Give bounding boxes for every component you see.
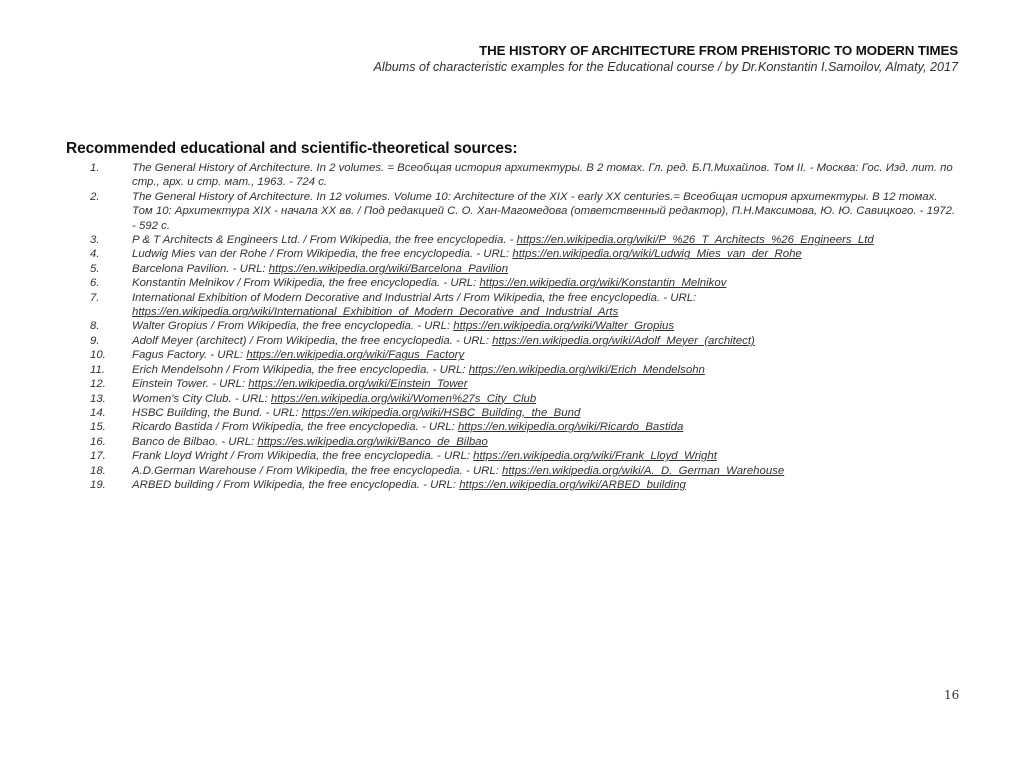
reference-number: 13.	[90, 392, 132, 406]
reference-body: Banco de Bilbao. - URL: https://es.wikip…	[132, 435, 960, 449]
reference-item: 8.Walter Gropius / From Wikipedia, the f…	[90, 319, 960, 333]
reference-item: 11.Erich Mendelsohn / From Wikipedia, th…	[90, 363, 960, 377]
reference-item: 14.HSBC Building, the Bund. - URL: https…	[90, 406, 960, 420]
reference-item: 4.Ludwig Mies van der Rohe / From Wikipe…	[90, 247, 960, 261]
reference-body: International Exhibition of Modern Decor…	[132, 291, 960, 320]
reference-link[interactable]: https://en.wikipedia.org/wiki/Erich_Mend…	[469, 364, 705, 376]
reference-item: 12.Einstein Tower. - URL: https://en.wik…	[90, 377, 960, 391]
reference-text: P & T Architects & Engineers Ltd. / From…	[132, 234, 517, 246]
reference-item: 15.Ricardo Bastida / From Wikipedia, the…	[90, 420, 960, 434]
reference-text: Erich Mendelsohn / From Wikipedia, the f…	[132, 364, 469, 376]
reference-number: 16.	[90, 435, 132, 449]
reference-text: The General History of Architecture. In …	[132, 162, 953, 188]
reference-link[interactable]: https://en.wikipedia.org/wiki/Internatio…	[132, 306, 618, 318]
document-subtitle: Albums of characteristic examples for th…	[374, 59, 958, 75]
reference-body: Konstantin Melnikov / From Wikipedia, th…	[132, 276, 960, 290]
reference-link[interactable]: https://en.wikipedia.org/wiki/Fagus_Fact…	[246, 349, 464, 361]
reference-item: 13.Women's City Club. - URL: https://en.…	[90, 392, 960, 406]
reference-link[interactable]: https://es.wikipedia.org/wiki/Banco_de_B…	[257, 436, 487, 448]
reference-body: A.D.German Warehouse / From Wikipedia, t…	[132, 464, 960, 478]
reference-link[interactable]: https://en.wikipedia.org/wiki/ARBED_buil…	[459, 479, 686, 491]
reference-link[interactable]: https://en.wikipedia.org/wiki/P_%26_T_Ar…	[517, 234, 874, 246]
reference-number: 6.	[90, 276, 132, 290]
reference-link[interactable]: https://en.wikipedia.org/wiki/Einstein_T…	[248, 378, 467, 390]
reference-link[interactable]: https://en.wikipedia.org/wiki/HSBC_Build…	[302, 407, 581, 419]
reference-text: Banco de Bilbao. - URL:	[132, 436, 257, 448]
reference-text: Einstein Tower. - URL:	[132, 378, 248, 390]
reference-item: 19.ARBED building / From Wikipedia, the …	[90, 478, 960, 492]
reference-number: 11.	[90, 363, 132, 377]
reference-number: 7.	[90, 291, 132, 320]
reference-text: Konstantin Melnikov / From Wikipedia, th…	[132, 277, 479, 289]
reference-link[interactable]: https://en.wikipedia.org/wiki/Barcelona_…	[269, 263, 508, 275]
reference-number: 17.	[90, 449, 132, 463]
reference-text: Fagus Factory. - URL:	[132, 349, 246, 361]
reference-link[interactable]: https://en.wikipedia.org/wiki/Frank_Lloy…	[473, 450, 717, 462]
reference-text: ARBED building / From Wikipedia, the fre…	[132, 479, 459, 491]
reference-text: Ludwig Mies van der Rohe / From Wikipedi…	[132, 248, 512, 260]
reference-link[interactable]: https://en.wikipedia.org/wiki/Walter_Gro…	[453, 320, 674, 332]
reference-number: 19.	[90, 478, 132, 492]
reference-item: 9.Adolf Meyer (architect) / From Wikiped…	[90, 334, 960, 348]
reference-body: Walter Gropius / From Wikipedia, the fre…	[132, 319, 960, 333]
reference-link[interactable]: https://en.wikipedia.org/wiki/Ricardo_Ba…	[458, 421, 683, 433]
reference-number: 15.	[90, 420, 132, 434]
reference-body: HSBC Building, the Bund. - URL: https://…	[132, 406, 960, 420]
reference-number: 10.	[90, 348, 132, 362]
reference-number: 1.	[90, 161, 132, 190]
reference-body: Ludwig Mies van der Rohe / From Wikipedi…	[132, 247, 960, 261]
reference-text: International Exhibition of Modern Decor…	[132, 292, 696, 304]
reference-item: 16.Banco de Bilbao. - URL: https://es.wi…	[90, 435, 960, 449]
reference-number: 14.	[90, 406, 132, 420]
reference-number: 8.	[90, 319, 132, 333]
document-header: THE HISTORY OF ARCHITECTURE FROM PREHIST…	[374, 42, 958, 75]
reference-item: 3.P & T Architects & Engineers Ltd. / Fr…	[90, 233, 960, 247]
reference-list: 1.The General History of Architecture. I…	[90, 161, 960, 492]
reference-item: 5.Barcelona Pavilion. - URL: https://en.…	[90, 262, 960, 276]
reference-body: The General History of Architecture. In …	[132, 190, 960, 233]
reference-link[interactable]: https://en.wikipedia.org/wiki/Adolf_Meye…	[492, 335, 755, 347]
reference-body: Women's City Club. - URL: https://en.wik…	[132, 392, 960, 406]
reference-item: 2. The General History of Architecture. …	[90, 190, 960, 233]
reference-item: 10.Fagus Factory. - URL: https://en.wiki…	[90, 348, 960, 362]
reference-item: 1.The General History of Architecture. I…	[90, 161, 960, 190]
reference-text: Ricardo Bastida / From Wikipedia, the fr…	[132, 421, 458, 433]
reference-text: Walter Gropius / From Wikipedia, the fre…	[132, 320, 453, 332]
reference-text: The General History of Architecture. In …	[132, 191, 955, 232]
reference-text: A.D.German Warehouse / From Wikipedia, t…	[132, 465, 502, 477]
reference-body: P & T Architects & Engineers Ltd. / From…	[132, 233, 960, 247]
reference-number: 18.	[90, 464, 132, 478]
reference-text: Barcelona Pavilion. - URL:	[132, 263, 269, 275]
reference-number: 3.	[90, 233, 132, 247]
section-title: Recommended educational and scientific-t…	[66, 140, 517, 158]
page-number: 16	[944, 688, 959, 702]
reference-body: Barcelona Pavilion. - URL: https://en.wi…	[132, 262, 960, 276]
reference-link[interactable]: https://en.wikipedia.org/wiki/A._D._Germ…	[502, 465, 784, 477]
reference-item: 6. Konstantin Melnikov / From Wikipedia,…	[90, 276, 960, 290]
reference-text: Adolf Meyer (architect) / From Wikipedia…	[132, 335, 492, 347]
reference-body: Ricardo Bastida / From Wikipedia, the fr…	[132, 420, 960, 434]
reference-number: 12.	[90, 377, 132, 391]
reference-text: Frank Lloyd Wright / From Wikipedia, the…	[132, 450, 473, 462]
reference-number: 5.	[90, 262, 132, 276]
reference-number: 2.	[90, 190, 132, 233]
reference-link[interactable]: https://en.wikipedia.org/wiki/Ludwig_Mie…	[512, 248, 801, 260]
reference-body: Fagus Factory. - URL: https://en.wikiped…	[132, 348, 960, 362]
reference-body: Einstein Tower. - URL: https://en.wikipe…	[132, 377, 960, 391]
reference-body: ARBED building / From Wikipedia, the fre…	[132, 478, 960, 492]
reference-body: Adolf Meyer (architect) / From Wikipedia…	[132, 334, 960, 348]
reference-link[interactable]: https://en.wikipedia.org/wiki/Konstantin…	[479, 277, 726, 289]
reference-number: 9.	[90, 334, 132, 348]
reference-link[interactable]: https://en.wikipedia.org/wiki/Women%27s_…	[271, 393, 536, 405]
reference-text: HSBC Building, the Bund. - URL:	[132, 407, 302, 419]
reference-body: Erich Mendelsohn / From Wikipedia, the f…	[132, 363, 960, 377]
reference-body: The General History of Architecture. In …	[132, 161, 960, 190]
document-title: THE HISTORY OF ARCHITECTURE FROM PREHIST…	[374, 42, 958, 59]
reference-text: Women's City Club. - URL:	[132, 393, 271, 405]
reference-item: 17.Frank Lloyd Wright / From Wikipedia, …	[90, 449, 960, 463]
reference-item: 7.International Exhibition of Modern Dec…	[90, 291, 960, 320]
reference-item: 18.A.D.German Warehouse / From Wikipedia…	[90, 464, 960, 478]
reference-body: Frank Lloyd Wright / From Wikipedia, the…	[132, 449, 960, 463]
reference-number: 4.	[90, 247, 132, 261]
